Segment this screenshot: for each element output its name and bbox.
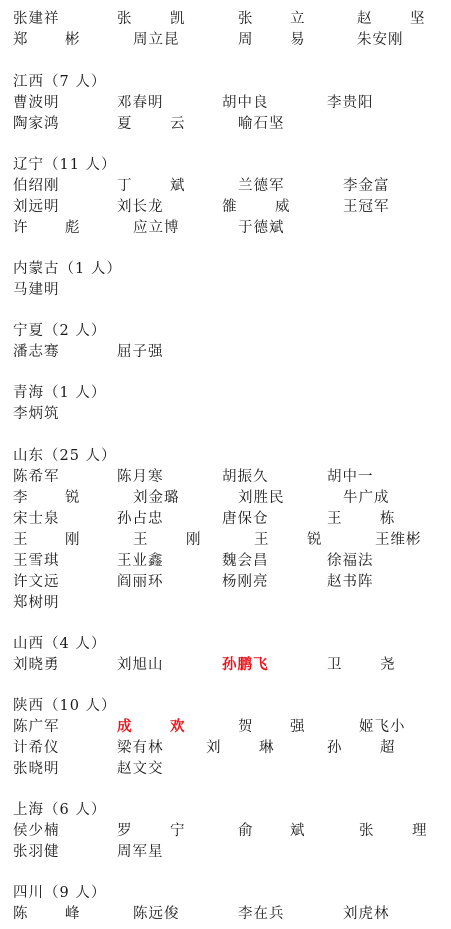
person-name: 锐 bbox=[65, 488, 81, 508]
person-name: 李 bbox=[13, 488, 29, 508]
person-name: 潘志骞 bbox=[13, 342, 60, 362]
person-name: 张羽健 bbox=[13, 842, 60, 862]
person-name: 理 bbox=[412, 821, 428, 841]
person-name: 屈子强 bbox=[117, 342, 164, 362]
person-name: 峰 bbox=[65, 904, 81, 924]
person-name: 刘 bbox=[206, 738, 222, 758]
person-name: 孙占忠 bbox=[117, 509, 164, 529]
person-name: 锐 bbox=[307, 530, 323, 550]
person-name: 姬飞小 bbox=[359, 717, 406, 737]
person-name: 赵书阵 bbox=[327, 572, 374, 592]
person-name: 应立博 bbox=[133, 218, 180, 238]
name-row: 陈希军陈月寒胡振久胡中一 bbox=[0, 467, 451, 487]
person-name: 胡中良 bbox=[222, 93, 269, 113]
name-row: 许彪应立博于德斌 bbox=[0, 218, 451, 238]
person-name: 周立昆 bbox=[133, 30, 180, 50]
person-name: 强 bbox=[290, 717, 306, 737]
person-name: 周军星 bbox=[117, 842, 164, 862]
person-name: 王雪琪 bbox=[13, 551, 60, 571]
person-name: 陈 bbox=[13, 904, 29, 924]
person-name: 刘虎林 bbox=[343, 904, 390, 924]
person-name: 侯少楠 bbox=[13, 821, 60, 841]
person-name: 李在兵 bbox=[238, 904, 285, 924]
person-name: 陈远俊 bbox=[133, 904, 180, 924]
person-name: 李炳筑 bbox=[13, 404, 60, 424]
highlighted-name: 成 bbox=[117, 717, 133, 737]
name-row: 马建明 bbox=[0, 280, 451, 300]
person-name: 栋 bbox=[380, 509, 396, 529]
province-header: 江西（7 人） bbox=[0, 72, 451, 92]
person-name: 刘长龙 bbox=[117, 197, 164, 217]
name-row: 陶家鸿夏云喻石坚 bbox=[0, 114, 451, 134]
name-row: 曹波明邓春明胡中良李贵阳 bbox=[0, 93, 451, 113]
person-name: 威 bbox=[275, 197, 291, 217]
person-name: 朱安刚 bbox=[357, 30, 404, 50]
province-header: 上海（6 人） bbox=[0, 800, 451, 820]
person-name: 夏 bbox=[117, 114, 133, 134]
person-name: 罗 bbox=[117, 821, 133, 841]
person-name: 陈广军 bbox=[13, 717, 60, 737]
name-row: 李锐刘金璐刘胜民牛广成 bbox=[0, 488, 451, 508]
province-title: 四川（9 人） bbox=[13, 883, 106, 903]
person-name: 坚 bbox=[410, 9, 426, 29]
person-name: 赵文交 bbox=[117, 759, 164, 779]
person-name: 易 bbox=[290, 30, 306, 50]
person-name: 徐福法 bbox=[327, 551, 374, 571]
name-row: 王刚王刚王锐王维彬 bbox=[0, 530, 451, 550]
province-header: 内蒙古（1 人） bbox=[0, 259, 451, 279]
person-name: 刘金璐 bbox=[133, 488, 180, 508]
person-name: 赵 bbox=[357, 9, 373, 29]
person-name: 伯绍刚 bbox=[13, 176, 60, 196]
name-row: 刘远明刘长龙雒威王冠军 bbox=[0, 197, 451, 217]
person-name: 胡中一 bbox=[327, 467, 374, 487]
person-name: 王冠军 bbox=[343, 197, 390, 217]
person-name: 贺 bbox=[238, 717, 254, 737]
province-title: 山西（4 人） bbox=[13, 634, 106, 654]
person-name: 卫 bbox=[327, 655, 343, 675]
person-name: 刘远明 bbox=[13, 197, 60, 217]
name-row: 宋士泉孙占忠唐保仓王栋 bbox=[0, 509, 451, 529]
person-name: 马建明 bbox=[13, 280, 60, 300]
person-name: 张建祥 bbox=[13, 9, 60, 29]
person-name: 雒 bbox=[222, 197, 238, 217]
person-name: 刘旭山 bbox=[117, 655, 164, 675]
person-name: 宁 bbox=[170, 821, 186, 841]
person-name: 超 bbox=[380, 738, 396, 758]
person-name: 孙 bbox=[327, 738, 343, 758]
name-row: 陈广军成欢贺强姬飞小 bbox=[0, 717, 451, 737]
person-name: 阎丽环 bbox=[117, 572, 164, 592]
province-header: 山东（25 人） bbox=[0, 446, 451, 466]
name-row: 潘志骞屈子强 bbox=[0, 342, 451, 362]
person-name: 尧 bbox=[380, 655, 396, 675]
person-name: 郑树明 bbox=[13, 593, 60, 613]
person-name: 丁 bbox=[117, 176, 133, 196]
person-name: 彪 bbox=[65, 218, 81, 238]
province-title: 辽宁（11 人） bbox=[13, 155, 117, 175]
province-title: 山东（25 人） bbox=[13, 446, 117, 466]
name-row: 陈峰陈远俊李在兵刘虎林 bbox=[0, 904, 451, 924]
person-name: 宋士泉 bbox=[13, 509, 60, 529]
province-title: 上海（6 人） bbox=[13, 800, 106, 820]
person-name: 王 bbox=[327, 509, 343, 529]
name-row: 郑彬周立昆周易朱安刚 bbox=[0, 30, 451, 50]
person-name: 喻石坚 bbox=[238, 114, 285, 134]
person-name: 李贵阳 bbox=[327, 93, 374, 113]
name-row: 侯少楠罗宁俞斌张理 bbox=[0, 821, 451, 841]
person-name: 俞 bbox=[238, 821, 254, 841]
province-title: 陕西（10 人） bbox=[13, 696, 117, 716]
name-row: 许文远阎丽环杨刚亮赵书阵 bbox=[0, 572, 451, 592]
person-name: 立 bbox=[290, 9, 306, 29]
province-header: 陕西（10 人） bbox=[0, 696, 451, 716]
province-header: 四川（9 人） bbox=[0, 883, 451, 903]
province-header: 辽宁（11 人） bbox=[0, 155, 451, 175]
person-name: 牛广成 bbox=[343, 488, 390, 508]
person-name: 周 bbox=[238, 30, 254, 50]
person-name: 凯 bbox=[170, 9, 186, 29]
person-name: 云 bbox=[170, 114, 186, 134]
name-row: 伯绍刚丁斌兰德军李金富 bbox=[0, 176, 451, 196]
person-name: 于德斌 bbox=[238, 218, 285, 238]
person-name: 王 bbox=[254, 530, 270, 550]
person-name: 王维彬 bbox=[375, 530, 422, 550]
person-name: 刘胜民 bbox=[238, 488, 285, 508]
person-name: 邓春明 bbox=[117, 93, 164, 113]
name-row: 张建祥张凯张立赵坚 bbox=[0, 9, 451, 29]
province-header: 宁夏（2 人） bbox=[0, 321, 451, 341]
name-list-document: 张建祥张凯张立赵坚郑彬周立昆周易朱安刚江西（7 人）曹波明邓春明胡中良李贵阳陶家… bbox=[0, 0, 451, 929]
person-name: 王 bbox=[133, 530, 149, 550]
province-title: 江西（7 人） bbox=[13, 72, 106, 92]
person-name: 张 bbox=[117, 9, 133, 29]
name-row: 计希仪梁有林刘琳孙超 bbox=[0, 738, 451, 758]
person-name: 许 bbox=[13, 218, 29, 238]
person-name: 杨刚亮 bbox=[222, 572, 269, 592]
person-name: 刚 bbox=[186, 530, 202, 550]
person-name: 斌 bbox=[170, 176, 186, 196]
person-name: 李金富 bbox=[343, 176, 390, 196]
person-name: 陈希军 bbox=[13, 467, 60, 487]
person-name: 张 bbox=[359, 821, 375, 841]
highlighted-name: 欢 bbox=[170, 717, 186, 737]
person-name: 王业鑫 bbox=[117, 551, 164, 571]
person-name: 魏会昌 bbox=[222, 551, 269, 571]
person-name: 刚 bbox=[65, 530, 81, 550]
person-name: 唐保仓 bbox=[222, 509, 269, 529]
person-name: 曹波明 bbox=[13, 93, 60, 113]
province-title: 青海（1 人） bbox=[13, 383, 106, 403]
name-row: 张晓明赵文交 bbox=[0, 759, 451, 779]
person-name: 琳 bbox=[259, 738, 275, 758]
person-name: 张晓明 bbox=[13, 759, 60, 779]
person-name: 陶家鸿 bbox=[13, 114, 60, 134]
person-name: 斌 bbox=[290, 821, 306, 841]
name-row: 李炳筑 bbox=[0, 404, 451, 424]
highlighted-name: 孙鹏飞 bbox=[222, 655, 269, 675]
person-name: 梁有林 bbox=[117, 738, 164, 758]
province-header: 山西（4 人） bbox=[0, 634, 451, 654]
person-name: 彬 bbox=[65, 30, 81, 50]
person-name: 许文远 bbox=[13, 572, 60, 592]
person-name: 陈月寒 bbox=[117, 467, 164, 487]
name-row: 张羽健周军星 bbox=[0, 842, 451, 862]
person-name: 王 bbox=[13, 530, 29, 550]
person-name: 刘晓勇 bbox=[13, 655, 60, 675]
person-name: 计希仪 bbox=[13, 738, 60, 758]
name-row: 王雪琪王业鑫魏会昌徐福法 bbox=[0, 551, 451, 571]
person-name: 兰德军 bbox=[238, 176, 285, 196]
province-title: 内蒙古（1 人） bbox=[13, 259, 122, 279]
province-header: 青海（1 人） bbox=[0, 383, 451, 403]
name-row: 郑树明 bbox=[0, 593, 451, 613]
person-name: 张 bbox=[238, 9, 254, 29]
name-row: 刘晓勇刘旭山孙鹏飞卫尧 bbox=[0, 655, 451, 675]
person-name: 郑 bbox=[13, 30, 29, 50]
person-name: 胡振久 bbox=[222, 467, 269, 487]
province-title: 宁夏（2 人） bbox=[13, 321, 106, 341]
